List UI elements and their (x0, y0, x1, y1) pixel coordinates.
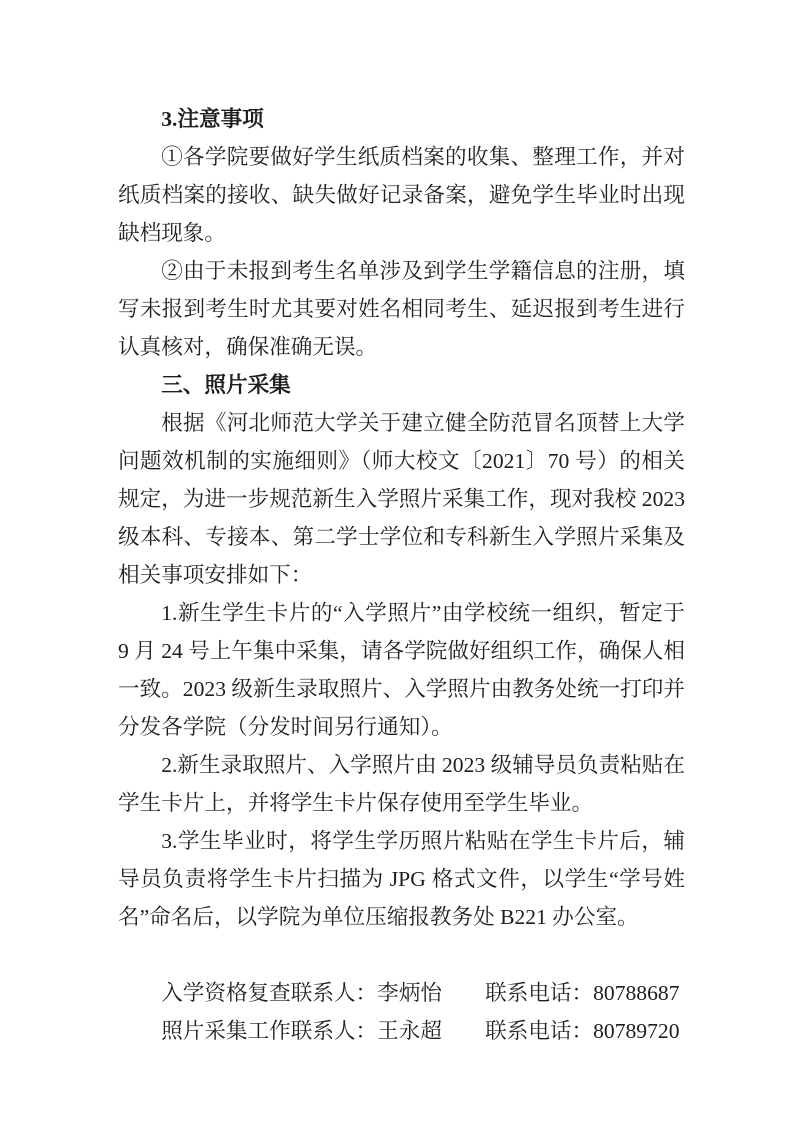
contact-line-admission-review: 入学资格复查联系人：李炳怡联系电话：80788687 (118, 974, 685, 1012)
notes-heading: 3.注意事项 (118, 100, 685, 138)
contact-phone-label: 联系电话： (485, 981, 593, 1005)
contact-name: 李炳怡 (377, 981, 442, 1005)
contact-phone-number: 80788687 (593, 981, 679, 1005)
contact-phone-number: 80789720 (593, 1019, 679, 1043)
document-content: 3.注意事项 ①各学院要做好学生纸质档案的收集、整理工作，并对纸质档案的接收、缺… (118, 100, 685, 1050)
contact-line-photo-collection: 照片采集工作联系人：王永超联系电话：80789720 (118, 1012, 685, 1050)
notes-item-1: ①各学院要做好学生纸质档案的收集、整理工作，并对纸质档案的接收、缺失做好记录备案… (118, 138, 685, 252)
photo-collection-intro: 根据《河北师范大学关于建立健全防范冒名顶替上大学问题效机制的实施细则》（师大校文… (118, 404, 685, 594)
contact-label: 照片采集工作联系人： (161, 1019, 377, 1043)
document-page: 3.注意事项 ①各学院要做好学生纸质档案的收集、整理工作，并对纸质档案的接收、缺… (0, 0, 800, 1131)
blank-line (118, 936, 685, 974)
photo-collection-item-3: 3.学生毕业时，将学生学历照片粘贴在学生卡片后，辅导员负责将学生卡片扫描为 JP… (118, 822, 685, 936)
contact-phone-label: 联系电话： (485, 1019, 593, 1043)
photo-collection-heading: 三、照片采集 (118, 366, 685, 404)
contact-label: 入学资格复查联系人： (161, 981, 377, 1005)
photo-collection-item-1: 1.新生学生卡片的“入学照片”由学校统一组织，暂定于 9 月 24 号上午集中采… (118, 594, 685, 746)
photo-collection-item-2: 2.新生录取照片、入学照片由 2023 级辅导员负责粘贴在学生卡片上，并将学生卡… (118, 746, 685, 822)
notes-item-2: ②由于未报到考生名单涉及到学生学籍信息的注册，填写未报到考生时尤其要对姓名相同考… (118, 252, 685, 366)
contact-name: 王永超 (377, 1019, 442, 1043)
